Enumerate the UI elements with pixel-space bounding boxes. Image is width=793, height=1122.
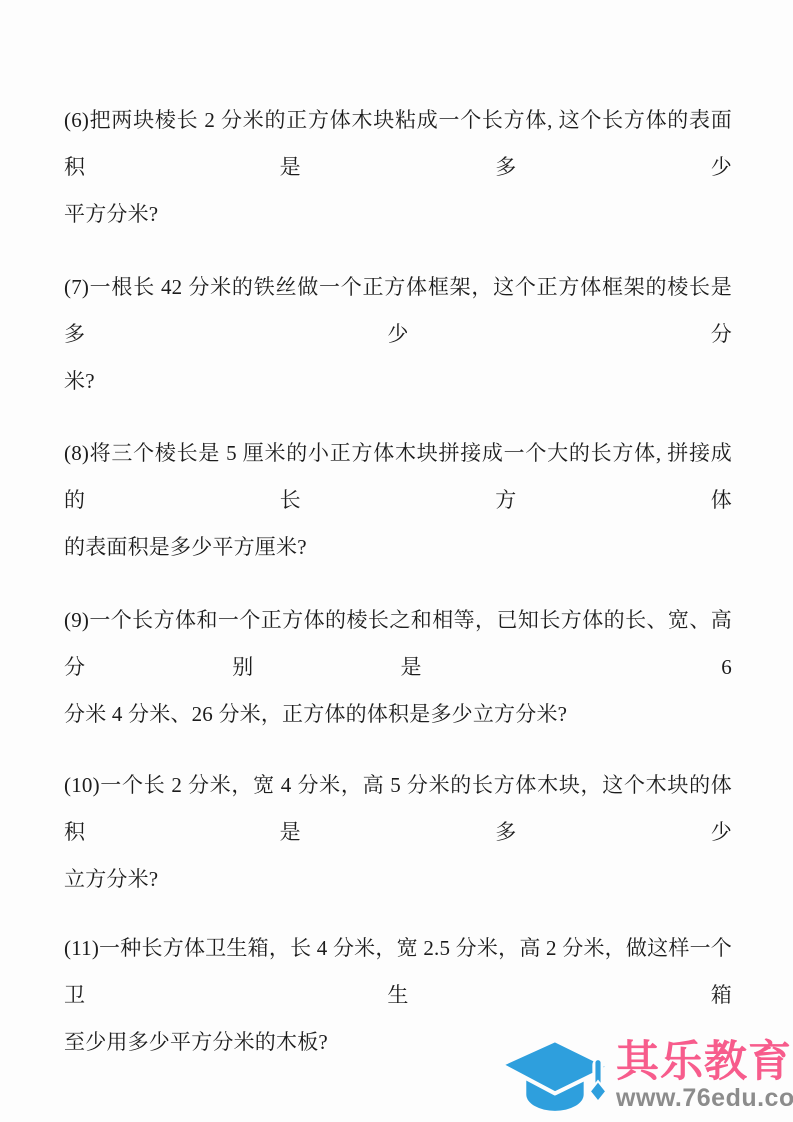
problem-text-line: (7)一根长 42 分米的铁丝做一个正方体框架，这个正方体框架的棱长是多少分 [64, 264, 732, 358]
brand-name: 其乐教育 [616, 1040, 793, 1085]
logo-text: 其乐教育 www.76edu.com [616, 1040, 793, 1113]
problem-text-line: 的表面积是多少平方厘米? [64, 524, 732, 571]
problem-text-line: 米? [64, 358, 732, 405]
problem-text-line: (10)一个长 2 分米，宽 4 分米，高 5 分米的长方体木块，这个木块的体积… [64, 762, 732, 856]
problem-text-line: (8)将三个棱长是 5 厘米的小正方体木块拼接成一个大的长方体, 拼接成的长方体 [64, 430, 732, 524]
problem-text-line: 立方分米? [64, 856, 732, 903]
problem-text-line: (11)一种长方体卫生箱，长 4 分米，宽 2.5 分米，高 2 分米，做这样一… [64, 925, 732, 1019]
site-logo: 其乐教育 www.76edu.com [498, 1034, 793, 1118]
problem-text-line: (6)把两块棱长 2 分米的正方体木块粘成一个长方体, 这个长方体的表面积是多少 [64, 97, 732, 191]
problem-9: (9)一个长方体和一个正方体的棱长之和相等，已知长方体的长、宽、高分别是 6 分… [64, 597, 732, 738]
problem-8: (8)将三个棱长是 5 厘米的小正方体木块拼接成一个大的长方体, 拼接成的长方体… [64, 430, 732, 571]
problem-10: (10)一个长 2 分米，宽 4 分米，高 5 分米的长方体木块，这个木块的体积… [64, 762, 732, 903]
problem-7: (7)一根长 42 分米的铁丝做一个正方体框架，这个正方体框架的棱长是多少分 米… [64, 264, 732, 405]
brand-url: www.76edu.com [616, 1085, 793, 1113]
problem-text-line: 分米 4 分米、26 分米，正方体的体积是多少立方分米? [64, 691, 732, 738]
problem-text-line: 平方分米? [64, 191, 732, 238]
graduation-cap-icon [498, 1034, 614, 1118]
problem-text-line: (9)一个长方体和一个正方体的棱长之和相等，已知长方体的长、宽、高分别是 6 [64, 597, 732, 691]
problem-6: (6)把两块棱长 2 分米的正方体木块粘成一个长方体, 这个长方体的表面积是多少… [64, 97, 732, 238]
worksheet-page: (6)把两块棱长 2 分米的正方体木块粘成一个长方体, 这个长方体的表面积是多少… [0, 0, 793, 1122]
